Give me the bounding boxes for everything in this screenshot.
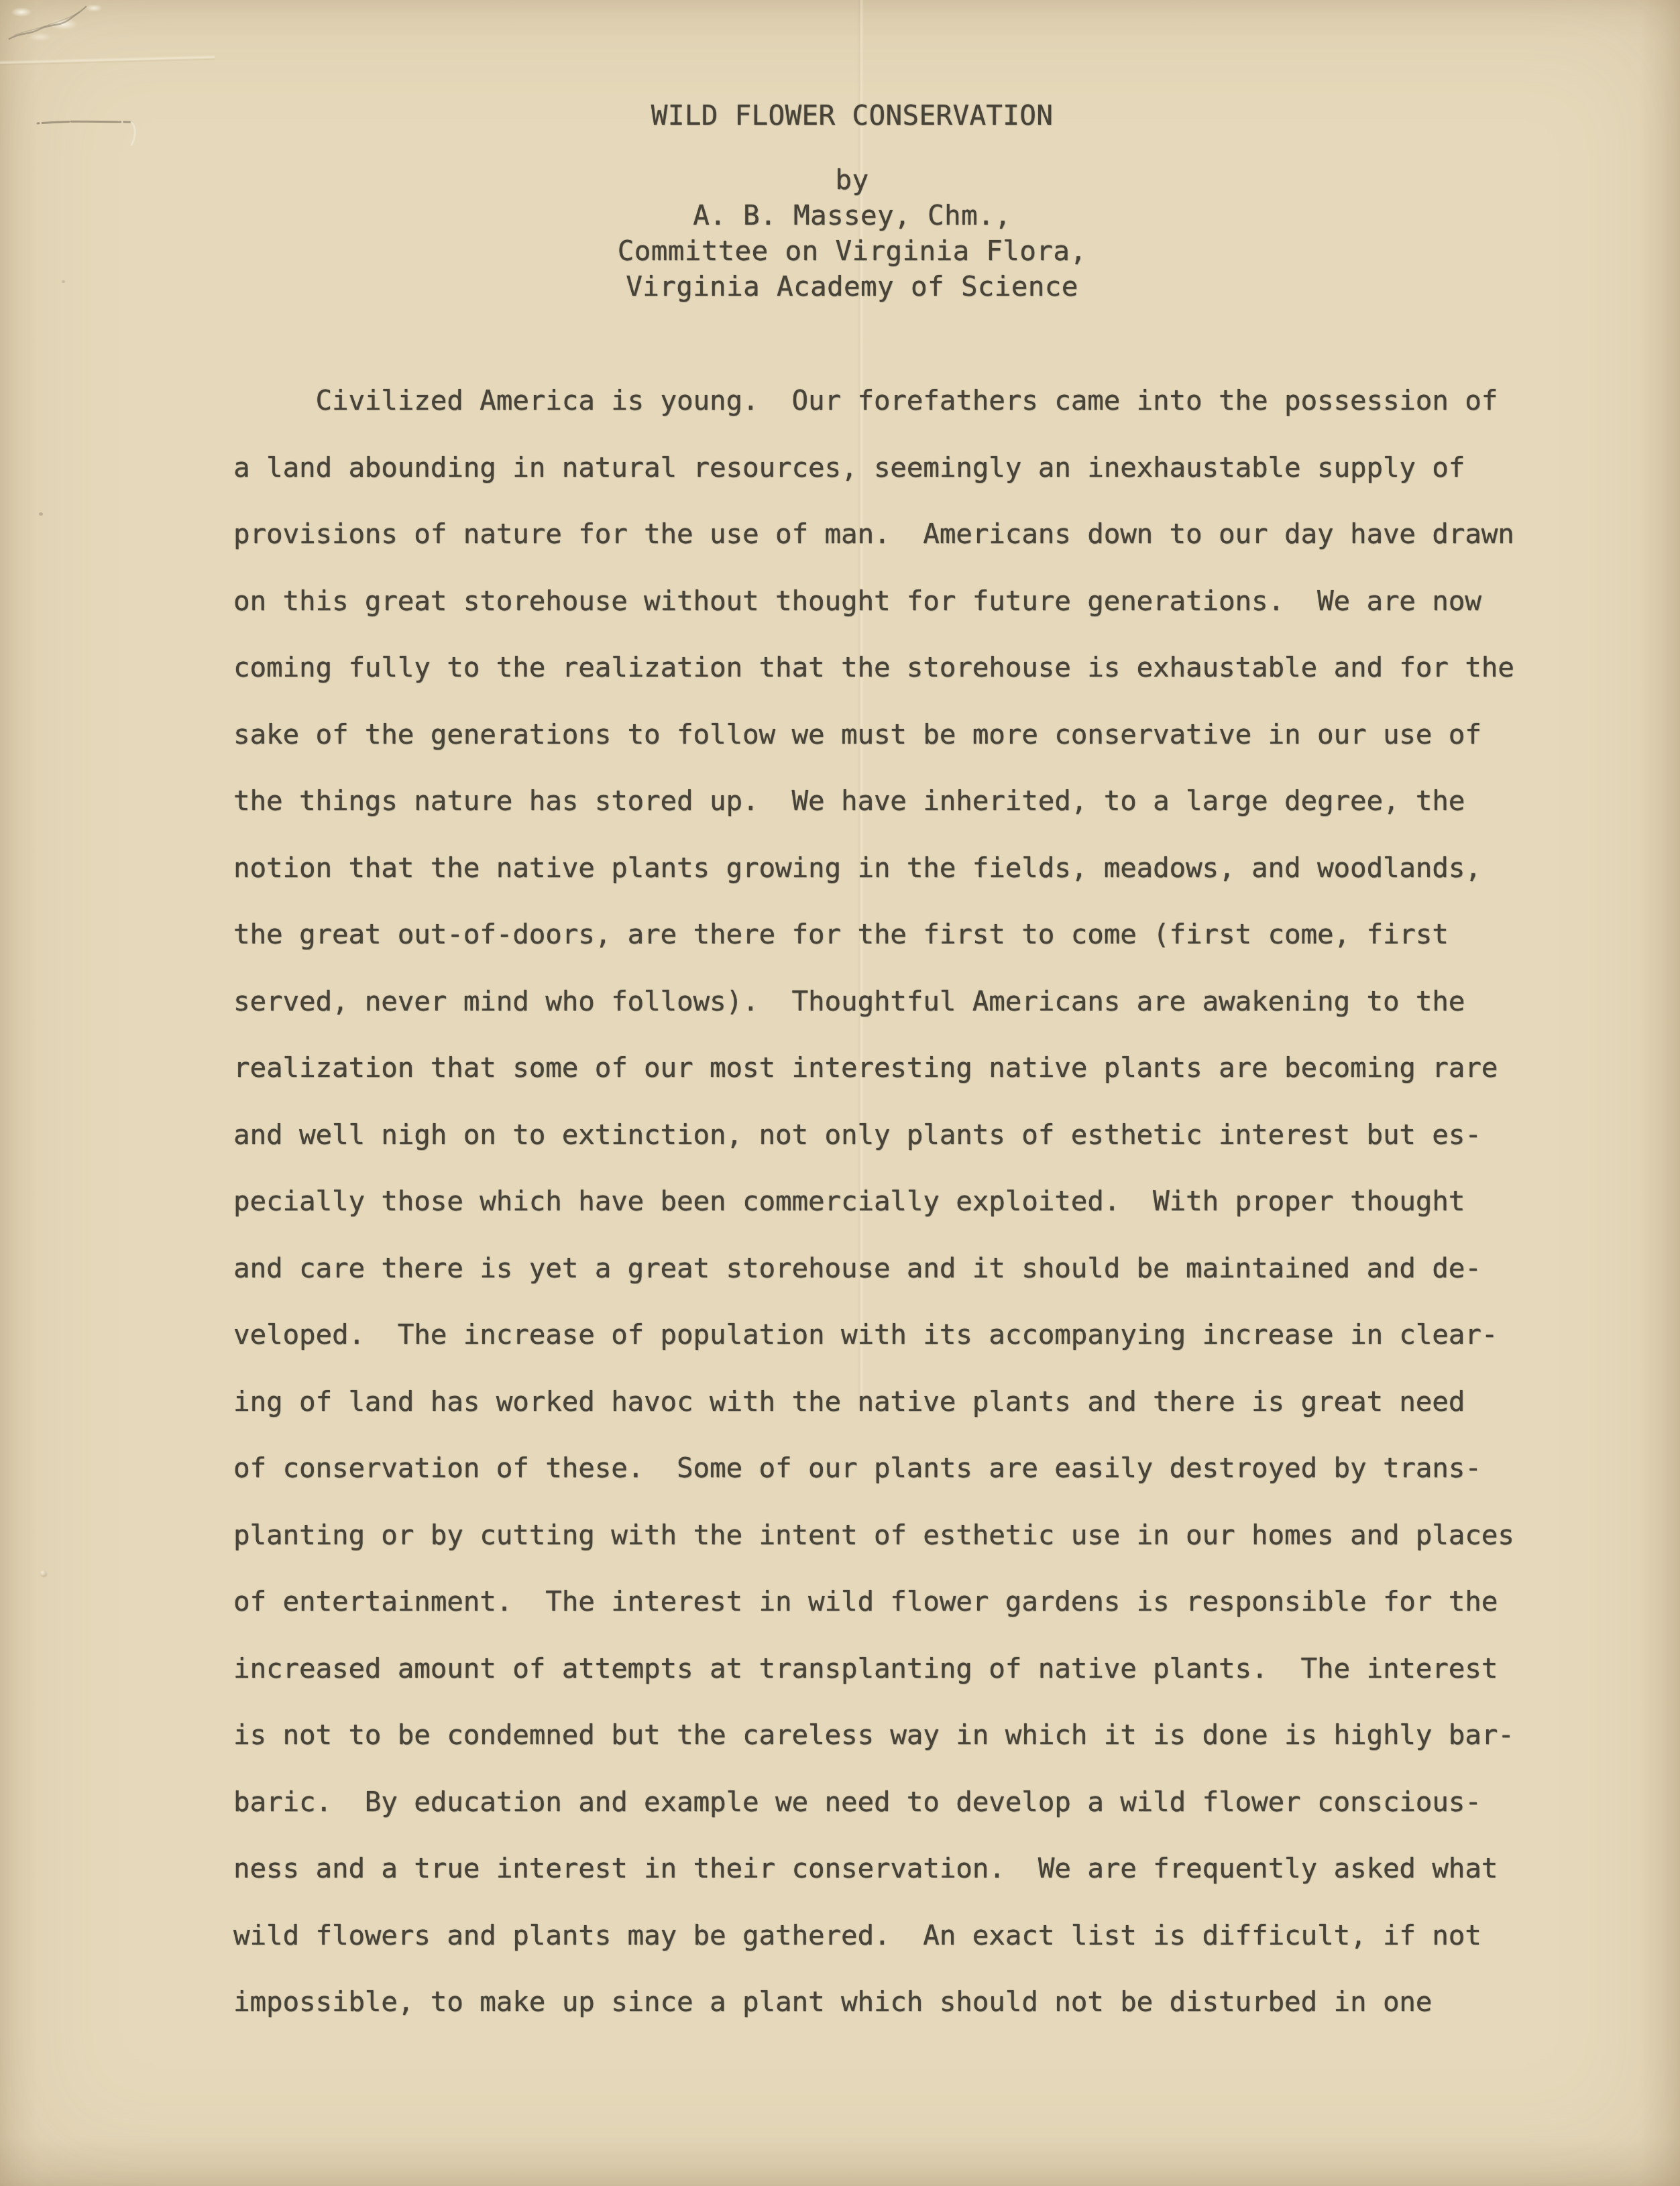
author-organization: Virginia Academy of Science (12, 270, 1680, 303)
text-line: provisions of nature for the use of man.… (233, 501, 1514, 568)
author-committee: Committee on Virginia Flora, (12, 235, 1680, 268)
text-line: notion that the native plants growing in… (233, 835, 1514, 902)
text-line: impossible, to make up since a plant whi… (233, 1969, 1514, 2036)
pencil-scribble (0, 0, 201, 174)
text-line: and well nigh on to extinction, not only… (233, 1102, 1514, 1169)
text-line: veloped. The increase of population with… (233, 1302, 1514, 1369)
text-line: on this great storehouse without thought… (233, 568, 1514, 635)
text-line: is not to be condemned but the careless … (233, 1702, 1514, 1769)
paper-speck (39, 512, 43, 516)
text-line: Civilized America is young. Our forefath… (233, 367, 1514, 435)
text-line: wild flowers and plants may be gathered.… (233, 1902, 1514, 1969)
text-line: ness and a true interest in their conser… (233, 1835, 1514, 1902)
text-line: of entertainment. The interest in wild f… (233, 1568, 1514, 1635)
text-line: the things nature has stored up. We have… (233, 768, 1514, 835)
text-line: and care there is yet a great storehouse… (233, 1235, 1514, 1302)
body-text: Civilized America is young. Our forefath… (233, 367, 1514, 2036)
text-line: pecially those which have been commercia… (233, 1168, 1514, 1235)
document-title: WILD FLOWER CONSERVATION (12, 99, 1680, 132)
byline: by (12, 164, 1680, 196)
text-line: the great out-of-doors, are there for th… (233, 901, 1514, 968)
text-line: sake of the generations to follow we mus… (233, 701, 1514, 768)
paper-dimple (40, 1570, 46, 1576)
text-line: realization that some of our most intere… (233, 1035, 1514, 1102)
text-line: a land abounding in natural resources, s… (233, 435, 1514, 502)
text-line: served, never mind who follows). Thought… (233, 968, 1514, 1035)
text-line: increased amount of attempts at transpla… (233, 1635, 1514, 1703)
text-line: baric. By education and example we need … (233, 1769, 1514, 1836)
text-line: ing of land has worked havoc with the na… (233, 1369, 1514, 1436)
author-name: A. B. Massey, Chm., (12, 199, 1680, 232)
text-line: of conservation of these. Some of our pl… (233, 1435, 1514, 1502)
text-line: planting or by cutting with the intent o… (233, 1502, 1514, 1569)
document-page: WILD FLOWER CONSERVATION by A. B. Massey… (0, 0, 1680, 2186)
text-line: coming fully to the realization that the… (233, 634, 1514, 701)
